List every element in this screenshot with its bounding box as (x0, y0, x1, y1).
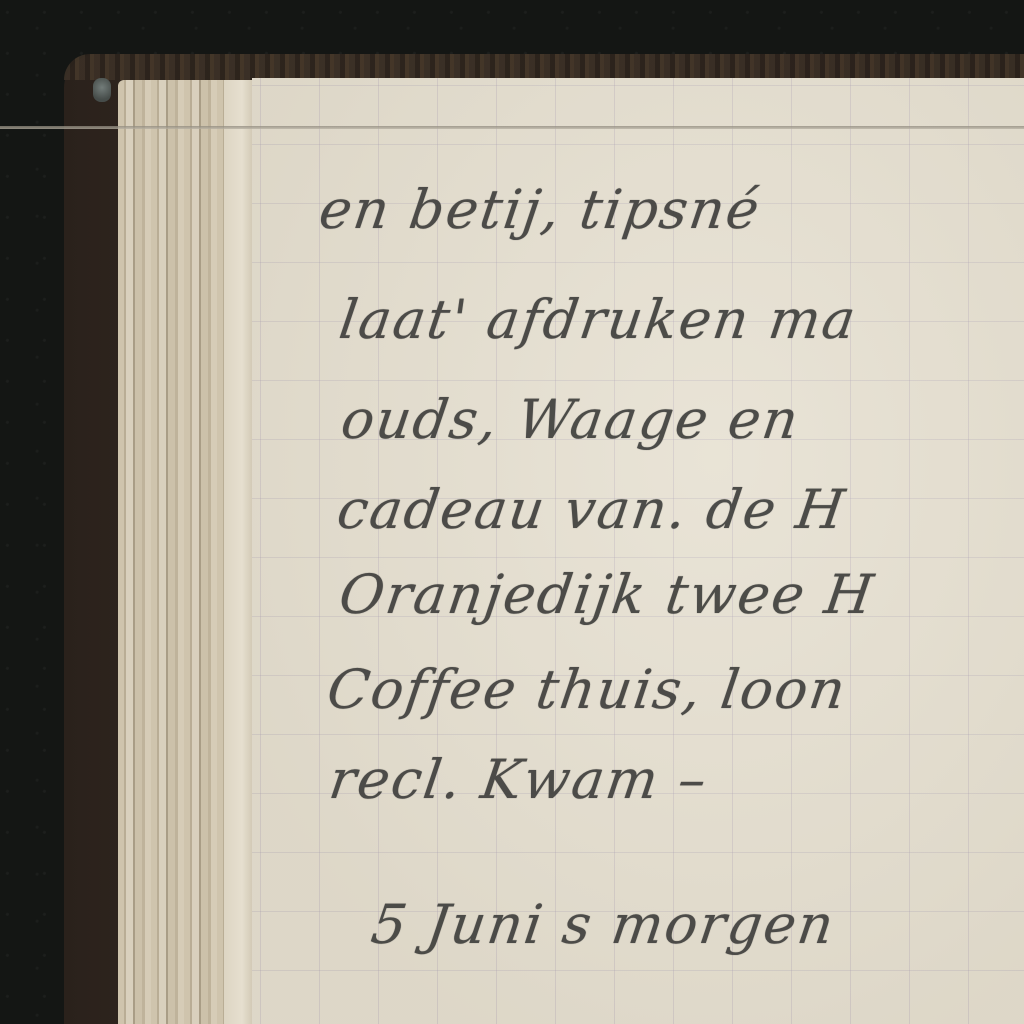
page-edge-stack (118, 80, 254, 1024)
cover-corner-clasp (93, 78, 111, 102)
grid-paper-page (252, 78, 1024, 1024)
plastic-sleeve-edge (0, 126, 1024, 129)
page-shading (252, 78, 1024, 1024)
